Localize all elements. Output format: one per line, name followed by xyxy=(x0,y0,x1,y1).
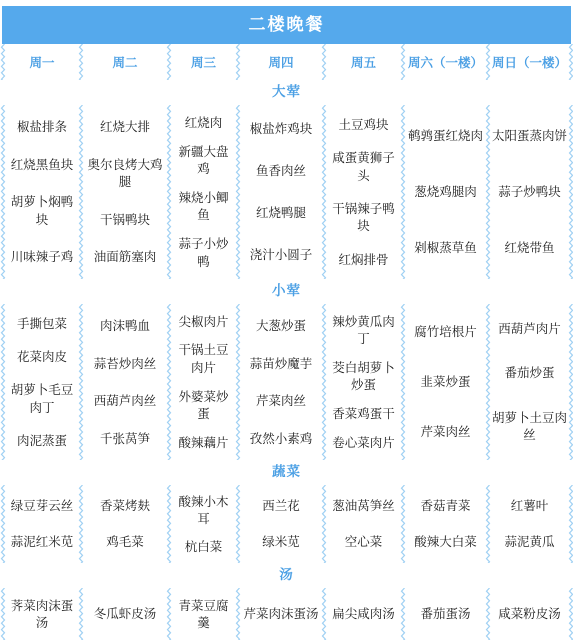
zigzag-divider xyxy=(166,304,172,460)
menu-cell: 咸菜粉皮汤 xyxy=(491,588,568,640)
dish-item: 香菜鸡蛋干 xyxy=(328,405,399,423)
dish-item: 肉泥蒸蛋 xyxy=(7,432,77,450)
zigzag-divider xyxy=(321,44,327,80)
dish-item: 椒盐排条 xyxy=(7,118,77,136)
dish-item: 咸菜粉皮汤 xyxy=(492,605,567,623)
zigzag-divider xyxy=(0,304,6,460)
zigzag-divider xyxy=(321,588,327,640)
menu-page: 二楼晚餐 周一周二周三周四周五周六（一楼）周日（一楼） 大荤椒盐排条红烧黑鱼块胡… xyxy=(0,0,573,640)
dish-item: 新疆大盘鸡 xyxy=(173,143,234,178)
zigzag-divider xyxy=(485,105,491,279)
dish-item: 青菜豆腐羹 xyxy=(173,597,234,632)
dish-item: 扁尖咸肉汤 xyxy=(328,605,399,623)
dish-item: 油面筋塞肉 xyxy=(85,248,165,266)
dish-item: 肉沫鸭血 xyxy=(85,317,165,335)
zigzag-divider xyxy=(166,44,172,80)
dish-item: 鹌鹑蛋红烧肉 xyxy=(407,127,484,145)
zigzag-divider xyxy=(0,105,6,279)
day-header: 周二 xyxy=(84,44,166,80)
dish-item: 红烧肉 xyxy=(173,114,234,132)
zigzag-divider xyxy=(78,105,84,279)
dish-item: 辣炒黄瓜肉丁 xyxy=(328,313,399,348)
section-label: 汤 xyxy=(0,563,573,588)
zigzag-divider xyxy=(485,588,491,640)
dish-item: 空心菜 xyxy=(328,533,399,551)
section-label: 小荤 xyxy=(0,279,573,304)
dish-item: 川味辣子鸡 xyxy=(7,248,77,266)
dish-item: 干锅鸭块 xyxy=(85,211,165,229)
day-header-row: 周一周二周三周四周五周六（一楼）周日（一楼） xyxy=(0,44,573,80)
dish-item: 剁椒蒸草鱼 xyxy=(407,239,484,257)
zigzag-divider xyxy=(235,588,241,640)
dish-item: 葱烧鸡腿肉 xyxy=(407,183,484,201)
zigzag-divider xyxy=(568,304,573,460)
menu-cell: 西兰花绿米苋 xyxy=(241,485,321,563)
menu-cell: 番茄蛋汤 xyxy=(406,588,485,640)
dish-item: 椒盐炸鸡块 xyxy=(242,120,320,138)
zigzag-divider xyxy=(568,485,573,563)
day-header: 周四 xyxy=(241,44,321,80)
dish-item: 卷心菜肉片 xyxy=(328,434,399,452)
section-row: 手撕包菜花菜肉皮胡萝卜毛豆肉丁肉泥蒸蛋肉沫鸭血蒜苔炒肉丝西葫芦肉丝千张莴笋尖椒肉… xyxy=(0,304,573,460)
dish-item: 尖椒肉片 xyxy=(173,313,234,331)
dish-item: 酸辣大白菜 xyxy=(407,533,484,551)
zigzag-divider xyxy=(321,304,327,460)
dish-item: 太阳蛋蒸肉饼 xyxy=(492,127,567,145)
day-header: 周五 xyxy=(327,44,400,80)
section-label: 大荤 xyxy=(0,80,573,105)
dish-item: 大葱炒蛋 xyxy=(242,317,320,335)
menu-cell: 椒盐炸鸡块鱼香肉丝红烧鸭腿浇汁小圆子 xyxy=(241,105,321,279)
section-row: 绿豆芽云丝蒜泥红米苋香菜烤麸鸡毛菜酸辣小木耳杭白菜西兰花绿米苋葱油莴笋丝空心菜香… xyxy=(0,485,573,563)
dish-item: 红焖排骨 xyxy=(328,251,399,269)
dish-item: 咸蛋黄狮子头 xyxy=(328,149,399,184)
zigzag-divider xyxy=(78,588,84,640)
dish-item: 酸辣藕片 xyxy=(173,434,234,452)
menu-cell: 青菜豆腐羹 xyxy=(172,588,235,640)
menu-cell: 太阳蛋蒸肉饼蒜子炒鸭块红烧带鱼 xyxy=(491,105,568,279)
zigzag-divider xyxy=(400,485,406,563)
zigzag-divider xyxy=(235,485,241,563)
page-title: 二楼晚餐 xyxy=(2,6,571,44)
zigzag-divider xyxy=(485,44,491,80)
menu-cell: 红薯叶蒜泥黄瓜 xyxy=(491,485,568,563)
dish-item: 蒜苗炒魔芋 xyxy=(242,355,320,373)
zigzag-divider xyxy=(321,485,327,563)
zigzag-divider xyxy=(485,304,491,460)
menu-sections: 大荤椒盐排条红烧黑鱼块胡萝卜焖鸭块川味辣子鸡红烧大排奥尔良烤大鸡腿干锅鸭块油面筋… xyxy=(0,80,573,640)
dish-item: 红烧带鱼 xyxy=(492,239,567,257)
zigzag-divider xyxy=(235,105,241,279)
menu-cell: 扁尖咸肉汤 xyxy=(327,588,400,640)
dish-item: 花菜肉皮 xyxy=(7,348,77,366)
dish-item: 孜然小素鸡 xyxy=(242,430,320,448)
zigzag-divider xyxy=(235,304,241,460)
dish-item: 杭白菜 xyxy=(173,538,234,556)
zigzag-divider xyxy=(78,485,84,563)
section-row: 荠菜肉沫蛋汤冬瓜虾皮汤青菜豆腐羹芹菜肉沫蛋汤扁尖咸肉汤番茄蛋汤咸菜粉皮汤 xyxy=(0,588,573,640)
zigzag-divider xyxy=(400,304,406,460)
dish-item: 番茄炒蛋 xyxy=(492,364,567,382)
menu-cell: 红烧肉新疆大盘鸡辣烧小鲫鱼蒜子小炒鸭 xyxy=(172,105,235,279)
zigzag-divider xyxy=(78,44,84,80)
dish-item: 手撕包菜 xyxy=(7,315,77,333)
zigzag-divider xyxy=(0,485,6,563)
dish-item: 芹菜肉丝 xyxy=(242,392,320,410)
dish-item: 香菇青菜 xyxy=(407,497,484,515)
dish-item: 芹菜肉沫蛋汤 xyxy=(242,605,320,623)
dish-item: 蒜子小炒鸭 xyxy=(173,235,234,270)
zigzag-divider xyxy=(235,44,241,80)
dish-item: 浇汁小圆子 xyxy=(242,246,320,264)
dish-item: 荠菜肉沫蛋汤 xyxy=(7,597,77,632)
dish-item: 胡萝卜毛豆肉丁 xyxy=(7,381,77,416)
menu-cell: 荠菜肉沫蛋汤 xyxy=(6,588,78,640)
menu-cell: 香菇青菜酸辣大白菜 xyxy=(406,485,485,563)
menu-cell: 香菜烤麸鸡毛菜 xyxy=(84,485,166,563)
dish-item: 干锅辣子鸭块 xyxy=(328,200,399,235)
dish-item: 蒜泥黄瓜 xyxy=(492,533,567,551)
dish-item: 奥尔良烤大鸡腿 xyxy=(85,156,165,191)
zigzag-divider xyxy=(166,105,172,279)
menu-cell: 红烧大排奥尔良烤大鸡腿干锅鸭块油面筋塞肉 xyxy=(84,105,166,279)
menu-cell: 腐竹培根片韭菜炒蛋芹菜肉丝 xyxy=(406,304,485,460)
zigzag-divider xyxy=(166,485,172,563)
dish-item: 葱油莴笋丝 xyxy=(328,497,399,515)
zigzag-divider xyxy=(568,44,573,80)
menu-cell: 绿豆芽云丝蒜泥红米苋 xyxy=(6,485,78,563)
day-header: 周三 xyxy=(172,44,235,80)
zigzag-divider xyxy=(321,105,327,279)
dish-item: 酸辣小木耳 xyxy=(173,493,234,528)
menu-cell: 辣炒黄瓜肉丁茭白胡萝卜炒蛋香菜鸡蛋干卷心菜肉片 xyxy=(327,304,400,460)
zigzag-divider xyxy=(400,44,406,80)
day-header: 周六（一楼） xyxy=(406,44,485,80)
dish-item: 鱼香肉丝 xyxy=(242,162,320,180)
menu-cell: 肉沫鸭血蒜苔炒肉丝西葫芦肉丝千张莴笋 xyxy=(84,304,166,460)
dish-item: 西兰花 xyxy=(242,497,320,515)
dish-item: 千张莴笋 xyxy=(85,430,165,448)
menu-cell: 酸辣小木耳杭白菜 xyxy=(172,485,235,563)
menu-cell: 手撕包菜花菜肉皮胡萝卜毛豆肉丁肉泥蒸蛋 xyxy=(6,304,78,460)
dish-item: 西葫芦肉片 xyxy=(492,320,567,338)
dish-item: 芹菜肉丝 xyxy=(407,423,484,441)
menu-cell: 尖椒肉片干锅土豆肉片外婆菜炒蛋酸辣藕片 xyxy=(172,304,235,460)
dish-item: 西葫芦肉丝 xyxy=(85,392,165,410)
dish-item: 绿豆芽云丝 xyxy=(7,497,77,515)
zigzag-divider xyxy=(485,485,491,563)
dish-item: 绿米苋 xyxy=(242,533,320,551)
dish-item: 蒜泥红米苋 xyxy=(7,533,77,551)
dish-item: 外婆菜炒蛋 xyxy=(173,388,234,423)
zigzag-divider xyxy=(0,44,6,80)
dish-item: 红烧大排 xyxy=(85,118,165,136)
dish-item: 鸡毛菜 xyxy=(85,533,165,551)
dish-item: 红烧鸭腿 xyxy=(242,204,320,222)
dish-item: 红薯叶 xyxy=(492,497,567,515)
dish-item: 韭菜炒蛋 xyxy=(407,373,484,391)
menu-cell: 大葱炒蛋蒜苗炒魔芋芹菜肉丝孜然小素鸡 xyxy=(241,304,321,460)
zigzag-divider xyxy=(166,588,172,640)
dish-item: 胡萝卜焖鸭块 xyxy=(7,193,77,228)
menu-cell: 土豆鸡块咸蛋黄狮子头干锅辣子鸭块红焖排骨 xyxy=(327,105,400,279)
zigzag-divider xyxy=(568,105,573,279)
dish-item: 干锅土豆肉片 xyxy=(173,341,234,376)
section-label: 蔬菜 xyxy=(0,460,573,485)
menu-cell: 冬瓜虾皮汤 xyxy=(84,588,166,640)
day-header: 周一 xyxy=(6,44,78,80)
section-row: 椒盐排条红烧黑鱼块胡萝卜焖鸭块川味辣子鸡红烧大排奥尔良烤大鸡腿干锅鸭块油面筋塞肉… xyxy=(0,105,573,279)
dish-item: 辣烧小鲫鱼 xyxy=(173,189,234,224)
dish-item: 番茄蛋汤 xyxy=(407,605,484,623)
zigzag-divider xyxy=(400,588,406,640)
dish-item: 土豆鸡块 xyxy=(328,116,399,134)
zigzag-divider xyxy=(78,304,84,460)
zigzag-divider xyxy=(400,105,406,279)
dish-item: 香菜烤麸 xyxy=(85,497,165,515)
zigzag-divider xyxy=(0,588,6,640)
day-header: 周日（一楼） xyxy=(491,44,568,80)
dish-item: 蒜子炒鸭块 xyxy=(492,183,567,201)
dish-item: 胡萝卜土豆肉丝 xyxy=(492,409,567,444)
menu-cell: 鹌鹑蛋红烧肉葱烧鸡腿肉剁椒蒸草鱼 xyxy=(406,105,485,279)
dish-item: 茭白胡萝卜炒蛋 xyxy=(328,359,399,394)
menu-cell: 葱油莴笋丝空心菜 xyxy=(327,485,400,563)
menu-cell: 芹菜肉沫蛋汤 xyxy=(241,588,321,640)
dish-item: 冬瓜虾皮汤 xyxy=(85,605,165,623)
dish-item: 腐竹培根片 xyxy=(407,323,484,341)
dish-item: 蒜苔炒肉丝 xyxy=(85,355,165,373)
dish-item: 红烧黑鱼块 xyxy=(7,156,77,174)
menu-cell: 西葫芦肉片番茄炒蛋胡萝卜土豆肉丝 xyxy=(491,304,568,460)
zigzag-divider xyxy=(568,588,573,640)
menu-cell: 椒盐排条红烧黑鱼块胡萝卜焖鸭块川味辣子鸡 xyxy=(6,105,78,279)
